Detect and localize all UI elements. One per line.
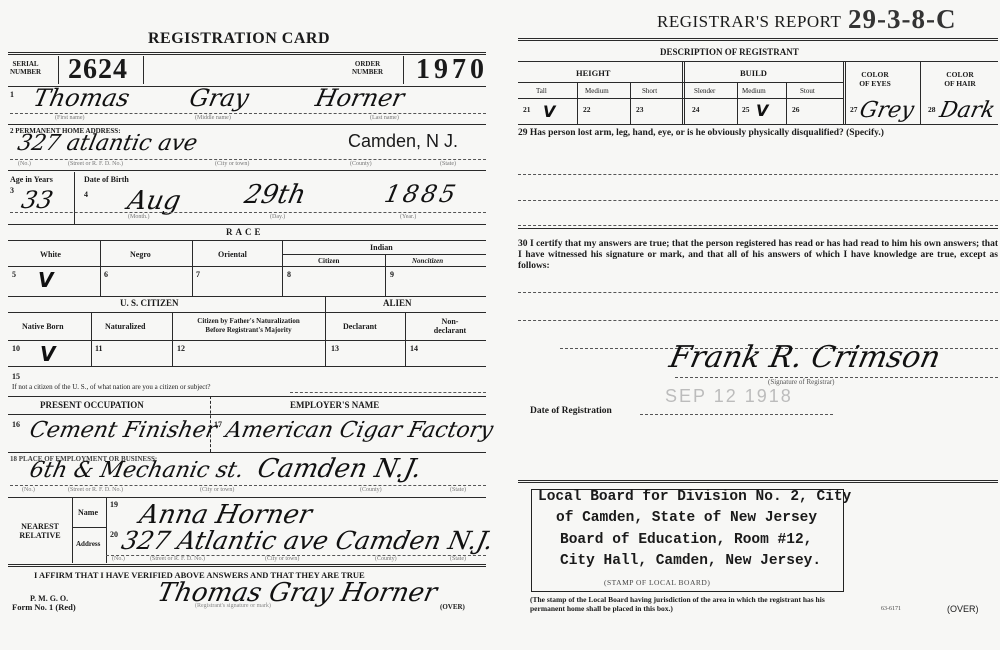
question-number: 8	[287, 270, 291, 279]
divider	[8, 312, 486, 313]
alien-heading: ALIEN	[383, 299, 412, 308]
date-line	[640, 414, 833, 415]
question-number: 10	[12, 344, 20, 353]
question-number: 25	[742, 105, 750, 114]
race-indian-label: Indian	[370, 243, 393, 252]
divider	[172, 312, 173, 366]
question-number: 15	[12, 372, 20, 381]
stamp-line: City Hall, Camden, New Jersey.	[560, 551, 821, 572]
question-number: 11	[95, 344, 103, 353]
label-line: COLOR	[845, 70, 905, 79]
height-medium-label: Medium	[585, 87, 609, 96]
answer-line	[518, 320, 998, 321]
height-tall-checkmark: V	[543, 102, 555, 121]
label-line: Before Registrant's Majority	[176, 326, 321, 335]
height-heading: HEIGHT	[576, 69, 610, 78]
card-title: REGISTRATION CARD	[148, 30, 330, 48]
caption: (Middle name)	[195, 115, 231, 121]
question-number: 6	[104, 270, 108, 279]
q29-text: 29 Has person lost arm, leg, hand, eye, …	[518, 128, 998, 139]
signature-line	[675, 377, 998, 378]
order-label-line: NUMBER	[352, 68, 383, 76]
divider	[72, 497, 73, 563]
question-number: 5	[12, 270, 16, 279]
q30-text: 30 I certify that my answers are true; t…	[518, 239, 998, 272]
divider	[74, 172, 75, 224]
caption: (Street or R. F. D. No.)	[68, 161, 123, 167]
label-line: COLOR	[925, 70, 995, 79]
question-number: 27	[850, 105, 858, 114]
eyes-heading: COLOR OF EYES	[845, 70, 905, 88]
caption: (Registrant's signature or mark)	[195, 603, 271, 609]
answer-line	[518, 225, 998, 226]
stamp-line: Board of Education, Room #12,	[560, 530, 812, 551]
build-medium-checkmark: V	[756, 101, 768, 120]
label-line: NEAREST	[12, 522, 68, 531]
divider	[106, 497, 107, 563]
caption: (City or town)	[265, 556, 299, 562]
caption: (Signature of Registrar)	[768, 378, 834, 386]
divider	[518, 38, 998, 41]
occupation-value: Cement Finisher	[27, 418, 219, 443]
occupation-heading: PRESENT OCCUPATION	[40, 401, 144, 410]
question-number: 24	[692, 105, 700, 114]
question-number: 4	[84, 190, 88, 199]
race-oriental-label: Oriental	[218, 250, 247, 259]
date-stamp: SEP 12 1918	[665, 386, 793, 407]
height-tall-label: Tall	[536, 87, 547, 96]
divider	[630, 82, 631, 124]
caption: (City or town)	[200, 487, 234, 493]
employment-city: Camden N.J.	[255, 454, 424, 484]
question-number: 7	[196, 270, 200, 279]
caption: (Day.)	[270, 214, 285, 220]
divider	[577, 82, 578, 124]
relative-address: 327 Atlantic ave Camden N.J.	[119, 526, 496, 555]
caption: (State)	[450, 556, 466, 562]
question-number: 16	[12, 420, 20, 429]
dob-day: 29th	[242, 180, 309, 210]
question-number: 13	[331, 344, 339, 353]
stamp-line: of Camden, State of New Jersey	[556, 508, 817, 529]
divider	[8, 452, 486, 453]
divider	[10, 113, 486, 114]
caption: (City or town)	[215, 161, 249, 167]
race-indian-noncitizen-label: Noncitizen	[412, 257, 443, 266]
divider	[91, 312, 92, 366]
report-title: REGISTRAR'S REPORT	[657, 12, 841, 32]
divider	[192, 240, 193, 296]
form-id-line: Form No. 1 (Red)	[12, 603, 76, 612]
build-stout-label: Stout	[800, 87, 815, 96]
q15-text: If not a citizen of the U. S., of what n…	[12, 383, 210, 392]
divider	[518, 480, 998, 483]
question-number: 23	[636, 105, 644, 114]
stamp-line: Local Board for Division No. 2, City	[538, 487, 851, 508]
divider	[58, 56, 59, 84]
employer-heading: EMPLOYER'S NAME	[290, 401, 379, 410]
caption: (County)	[375, 556, 397, 562]
home-address-street: 327 atlantic ave	[15, 131, 199, 156]
nondeclarant-label: Non- declarant	[420, 317, 480, 335]
divider	[10, 485, 486, 486]
hair-heading: COLOR OF HAIR	[925, 70, 995, 88]
question-number: 14	[410, 344, 418, 353]
divider	[290, 392, 486, 393]
build-slender-label: Slender	[694, 87, 715, 96]
middle-name: Gray	[187, 84, 251, 112]
divider	[8, 124, 486, 125]
order-label: ORDER NUMBER	[352, 60, 383, 76]
question-number: 12	[177, 344, 185, 353]
divider	[10, 159, 486, 160]
divider	[518, 61, 998, 62]
divider	[8, 340, 486, 341]
answer-line	[518, 200, 998, 201]
over-label: (OVER)	[947, 604, 979, 614]
serial-number: 2624	[68, 54, 128, 86]
race-heading: RACE	[226, 228, 264, 237]
divider	[8, 170, 486, 171]
stamp-caption: (STAMP OF LOCAL BOARD)	[604, 578, 710, 587]
serial-label-line: NUMBER	[10, 68, 41, 76]
caption: (County)	[360, 487, 382, 493]
registrar-signature: Frank R. Crimson	[666, 340, 943, 375]
caption: (No.)	[18, 161, 31, 167]
stamp-footnote: (The stamp of the Local Board having jur…	[530, 595, 850, 613]
divider	[8, 240, 486, 241]
hair-color-value: Dark	[937, 98, 997, 123]
divider	[8, 396, 486, 397]
divider	[282, 254, 486, 255]
divider	[282, 240, 283, 296]
native-born-label: Native Born	[22, 322, 64, 331]
nearest-relative-label: NEAREST RELATIVE	[12, 522, 68, 540]
description-heading: DESCRIPTION OF REGISTRANT	[660, 48, 799, 57]
divider	[843, 62, 846, 124]
label-line: declarant	[420, 326, 480, 335]
divider	[737, 82, 738, 124]
print-code: 63-6171	[881, 606, 901, 612]
report-code: 29-3-8-C	[848, 4, 956, 35]
caption: (First name)	[55, 115, 85, 121]
divider	[8, 564, 486, 567]
divider	[8, 296, 486, 297]
build-medium-label: Medium	[742, 87, 766, 96]
question-number: 21	[523, 105, 531, 114]
label-line: OF HAIR	[925, 79, 995, 88]
native-born-checkmark: V	[40, 342, 55, 366]
date-label: Date of Registration	[530, 407, 612, 416]
question-number: 19	[110, 500, 118, 509]
employer-value: American Cigar Factory	[223, 418, 495, 443]
label-line: Non-	[420, 317, 480, 326]
question-number: 3	[10, 186, 14, 195]
divider	[325, 296, 326, 366]
us-citizen-heading: U. S. CITIZEN	[120, 299, 179, 308]
last-name: Horner	[313, 84, 407, 112]
divider	[8, 224, 486, 225]
divider	[518, 124, 998, 125]
divider	[8, 366, 486, 367]
relative-name-label: Name	[78, 508, 98, 517]
declarant-label: Declarant	[343, 322, 377, 331]
caption: (Street or R. F. D. No.)	[150, 556, 205, 562]
divider	[518, 228, 998, 229]
caption: (State)	[440, 161, 456, 167]
age-label: Age in Years	[10, 175, 53, 184]
serial-label-line: SERIAL	[10, 60, 41, 68]
divider	[518, 98, 843, 99]
divider	[385, 254, 386, 296]
answer-line	[518, 174, 998, 175]
question-number: 1	[10, 90, 14, 99]
first-name: Thomas	[31, 84, 132, 112]
question-number: 28	[928, 105, 936, 114]
over-label: (OVER)	[440, 603, 465, 612]
divider	[786, 82, 787, 124]
answer-line	[518, 292, 998, 293]
race-white-label: White	[40, 250, 61, 259]
relative-address-label: Address	[76, 540, 100, 549]
divider	[8, 414, 486, 415]
caption: (No.)	[112, 556, 125, 562]
divider	[405, 312, 406, 366]
caption: (No.)	[22, 487, 35, 493]
question-number: 17	[214, 420, 222, 429]
naturalized-label: Naturalized	[105, 322, 145, 331]
caption: (Street or R. F. D. No.)	[68, 487, 123, 493]
race-negro-label: Negro	[130, 250, 151, 259]
order-label-line: ORDER	[352, 60, 383, 68]
divider	[100, 240, 101, 296]
caption: (Month.)	[128, 214, 150, 220]
divider	[8, 497, 486, 498]
divider	[403, 56, 404, 84]
divider	[8, 266, 486, 267]
divider	[143, 56, 144, 84]
caption: (County)	[350, 161, 372, 167]
race-white-checkmark: V	[38, 268, 53, 292]
question-number: 26	[792, 105, 800, 114]
build-heading: BUILD	[740, 69, 767, 78]
eye-color-value: Grey	[857, 98, 916, 123]
divider	[920, 62, 921, 124]
dob-year: 1885	[382, 180, 461, 208]
caption: (Year.)	[400, 214, 416, 220]
question-number: 20	[110, 530, 118, 539]
divider	[518, 82, 843, 83]
age-value: 33	[19, 186, 55, 214]
order-number: 1970	[416, 54, 488, 86]
question-number: 9	[390, 270, 394, 279]
label-line: Citizen by Father's Naturalization	[176, 317, 321, 326]
caption: (Last name)	[370, 115, 399, 121]
divider	[72, 527, 106, 528]
height-short-label: Short	[642, 87, 657, 96]
citizen-by-father-label: Citizen by Father's Naturalization Befor…	[176, 317, 321, 335]
label-line: OF EYES	[845, 79, 905, 88]
race-indian-citizen-label: Citizen	[318, 257, 339, 266]
home-address-city: Camden, N J.	[348, 131, 458, 152]
dob-label: Date of Birth	[84, 175, 129, 184]
employment-street: 6th & Mechanic st.	[27, 458, 246, 483]
caption: (State)	[450, 487, 466, 493]
question-number: 22	[583, 105, 591, 114]
divider	[10, 212, 486, 213]
serial-label: SERIAL NUMBER	[10, 60, 41, 76]
divider	[682, 62, 685, 124]
label-line: RELATIVE	[12, 531, 68, 540]
